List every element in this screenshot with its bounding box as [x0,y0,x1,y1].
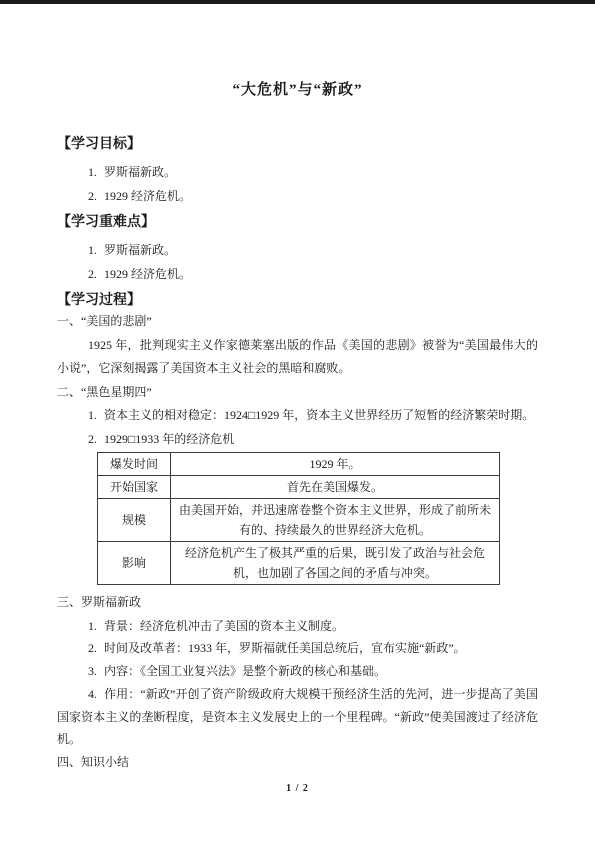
item-number: 1. [88,243,97,257]
list-item: 2.1929 经济危机。 [57,262,538,286]
table-row: 影响 经济危机产生了极其严重的后果，既引发了政治与社会危机，也加剧了各国之间的矛… [98,542,500,585]
item-number: 1. [88,165,97,179]
item-text: 作用：“新政”开创了资产阶级政府大规模干预经济生活的先河，进一步提高了美国国家资… [57,687,538,747]
list-item: 2.1929 经济危机。 [57,184,538,208]
subhead-part4: 四、知识小结 [57,751,538,775]
row-content-cell: 由美国开始，并迅速席卷整个资本主义世界，形成了前所未有的、持续最久的世界经济大危… [171,499,500,542]
page-top-border [0,0,595,4]
page-title: “大危机”与“新政” [57,80,538,100]
page-content: “大危机”与“新政” 【学习目标】 1.罗斯福新政。 2.1929 经济危机。 … [0,80,595,794]
item-text: 内容：《全国工业复兴法》是整个新政的核心和基础。 [104,664,386,678]
list-item: 2.1929□1933 年的经济危机 [57,428,538,452]
table-row: 爆发时间 1929 年。 [98,453,500,476]
item-number: 3. [88,664,97,678]
list-item: 1.资本主义的相对稳定：1924□1929 年，资本主义世界经历了短暂的经济繁荣… [57,404,538,428]
item-number: 4. [88,687,97,701]
item-number: 2. [88,189,97,203]
list-item: 1.背景：经济危机冲击了美国的资本主义制度。 [57,615,538,638]
item-text: 1929□1933 年的经济危机 [104,432,234,446]
item-text: 资本主义的相对稳定：1924□1929 年，资本主义世界经历了短暂的经济繁荣时期… [104,408,534,422]
list-item: 1.罗斯福新政。 [57,160,538,184]
heading-key-points: 【学习重难点】 [57,210,538,232]
part1-paragraph: 1925 年，批判现实主义作家德莱塞出版的作品《美国的悲剧》被誉为“美国最伟大的… [57,334,538,381]
process-body: 一、“美国的悲剧” 1925 年，批判现实主义作家德莱塞出版的作品《美国的悲剧》… [57,310,538,775]
economic-crisis-table: 爆发时间 1929 年。 开始国家 首先在美国爆发。 规模 由美国开始，并迅速席… [97,452,500,585]
page-number: 1 / 2 [57,783,538,794]
row-label-cell: 影响 [98,542,171,585]
row-content-cell: 1929 年。 [171,453,500,476]
subhead-part3: 三、罗斯福新政 [57,591,538,615]
table-row: 开始国家 首先在美国爆发。 [98,476,500,499]
objectives-list: 1.罗斯福新政。 2.1929 经济危机。 [57,160,538,208]
row-label-cell: 开始国家 [98,476,171,499]
list-item: 4.作用：“新政”开创了资产阶级政府大规模干预经济生活的先河，进一步提高了美国国… [57,683,538,751]
item-text: 时间及改革者：1933 年，罗斯福就任美国总统后，宣布实施“新政”。 [104,641,466,655]
item-text: 1929 经济危机。 [104,267,191,281]
list-item: 3.内容：《全国工业复兴法》是整个新政的核心和基础。 [57,660,538,683]
subhead-part1: 一、“美国的悲剧” [57,310,538,334]
row-content-cell: 首先在美国爆发。 [171,476,500,499]
item-number: 1. [88,408,97,422]
item-text: 罗斯福新政。 [104,243,176,257]
subhead-part2: 二、“黑色星期四” [57,381,538,405]
row-label-cell: 规模 [98,499,171,542]
list-item: 1.罗斯福新政。 [57,238,538,262]
key-points-list: 1.罗斯福新政。 2.1929 经济危机。 [57,238,538,286]
row-label-cell: 爆发时间 [98,453,171,476]
heading-objectives: 【学习目标】 [57,132,538,154]
item-text: 背景：经济危机冲击了美国的资本主义制度。 [104,619,344,633]
part3-block: 三、罗斯福新政 1.背景：经济危机冲击了美国的资本主义制度。 2.时间及改革者：… [57,591,538,751]
list-item: 2.时间及改革者：1933 年，罗斯福就任美国总统后，宣布实施“新政”。 [57,637,538,660]
heading-process: 【学习过程】 [57,288,538,310]
row-content-cell: 经济危机产生了极其严重的后果，既引发了政治与社会危机，也加剧了各国之间的矛盾与冲… [171,542,500,585]
item-number: 2. [88,432,97,446]
item-number: 2. [88,267,97,281]
item-number: 2. [88,641,97,655]
item-number: 1. [88,619,97,633]
item-text: 罗斯福新政。 [104,165,176,179]
item-text: 1929 经济危机。 [104,189,191,203]
table-row: 规模 由美国开始，并迅速席卷整个资本主义世界，形成了前所未有的、持续最久的世界经… [98,499,500,542]
document-page: “大危机”与“新政” 【学习目标】 1.罗斯福新政。 2.1929 经济危机。 … [0,0,595,841]
